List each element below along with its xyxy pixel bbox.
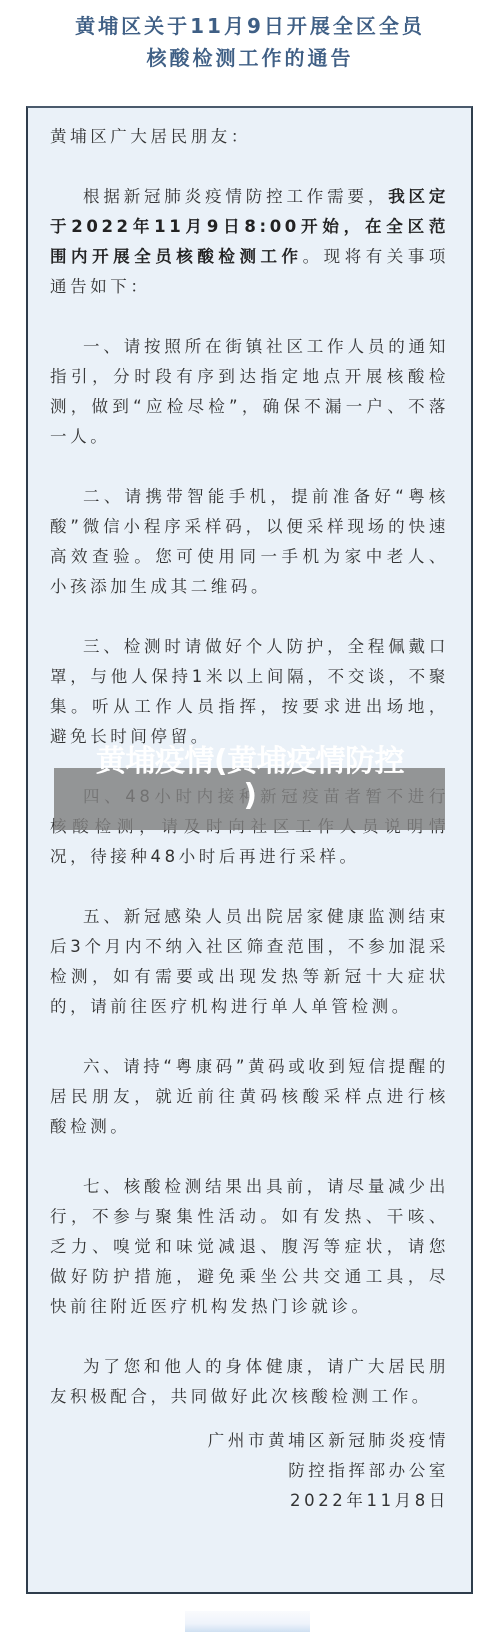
signature-date: 2022年11月8日: [208, 1486, 449, 1516]
signature-org-line1: 广州市黄埔区新冠肺炎疫情: [208, 1426, 449, 1456]
signature-org-line2: 防控指挥部办公室: [208, 1456, 449, 1486]
item-paragraph-3: 三、检测时请做好个人防护，全程佩戴口罩，与他人保持1米以上间隔，不交谈，不聚集。…: [50, 632, 449, 752]
item-paragraph-7: 七、核酸检测结果出具前，请尽量减少出行，不参与聚集性活动。如有发热、干咳、乏力、…: [50, 1172, 449, 1322]
item-paragraph-5: 五、新冠感染人员出院居家健康监测结束后3个月内不纳入社区筛查范围，不参加混采检测…: [50, 902, 449, 1022]
closing-paragraph: 为了您和他人的身体健康，请广大居民朋友积极配合，共同做好此次核酸检测工作。: [50, 1352, 449, 1412]
item-paragraph-2: 二、请携带智能手机，提前准备好“粤核酸”微信小程序采样码，以便采样现场的快速高效…: [50, 482, 449, 602]
next-image-preview: [185, 1611, 310, 1632]
caption-overlay: 黄埔疫情(黄埔疫情防控 ): [0, 743, 500, 811]
notice-title-line1: 黄埔区关于11月9日开展全区全员: [0, 10, 500, 42]
notice-title-line2: 核酸检测工作的通告: [0, 42, 500, 74]
intro-text-1: 根据新冠肺炎疫情防控工作需要，: [83, 187, 388, 206]
caption-line2: ): [0, 781, 500, 811]
caption-line1: 黄埔疫情(黄埔疫情防控: [96, 744, 404, 779]
signature-block: 广州市黄埔区新冠肺炎疫情 防控指挥部办公室 2022年11月8日: [208, 1426, 449, 1516]
salutation: 黄埔区广大居民朋友：: [50, 122, 449, 152]
item-paragraph-1: 一、请按照所在街镇社区工作人员的通知指引，分时段有序到达指定地点开展核酸检测，做…: [50, 332, 449, 452]
notice-box: 黄埔区广大居民朋友： 根据新冠肺炎疫情防控工作需要，我区定于2022年11月9日…: [26, 106, 473, 1594]
intro-paragraph: 根据新冠肺炎疫情防控工作需要，我区定于2022年11月9日8:00开始，在全区范…: [50, 182, 449, 302]
notice-title: 黄埔区关于11月9日开展全区全员 核酸检测工作的通告: [0, 10, 500, 74]
item-paragraph-6: 六、请持“粤康码”黄码或收到短信提醒的居民朋友，就近前往黄码核酸采样点进行核酸检…: [50, 1052, 449, 1142]
